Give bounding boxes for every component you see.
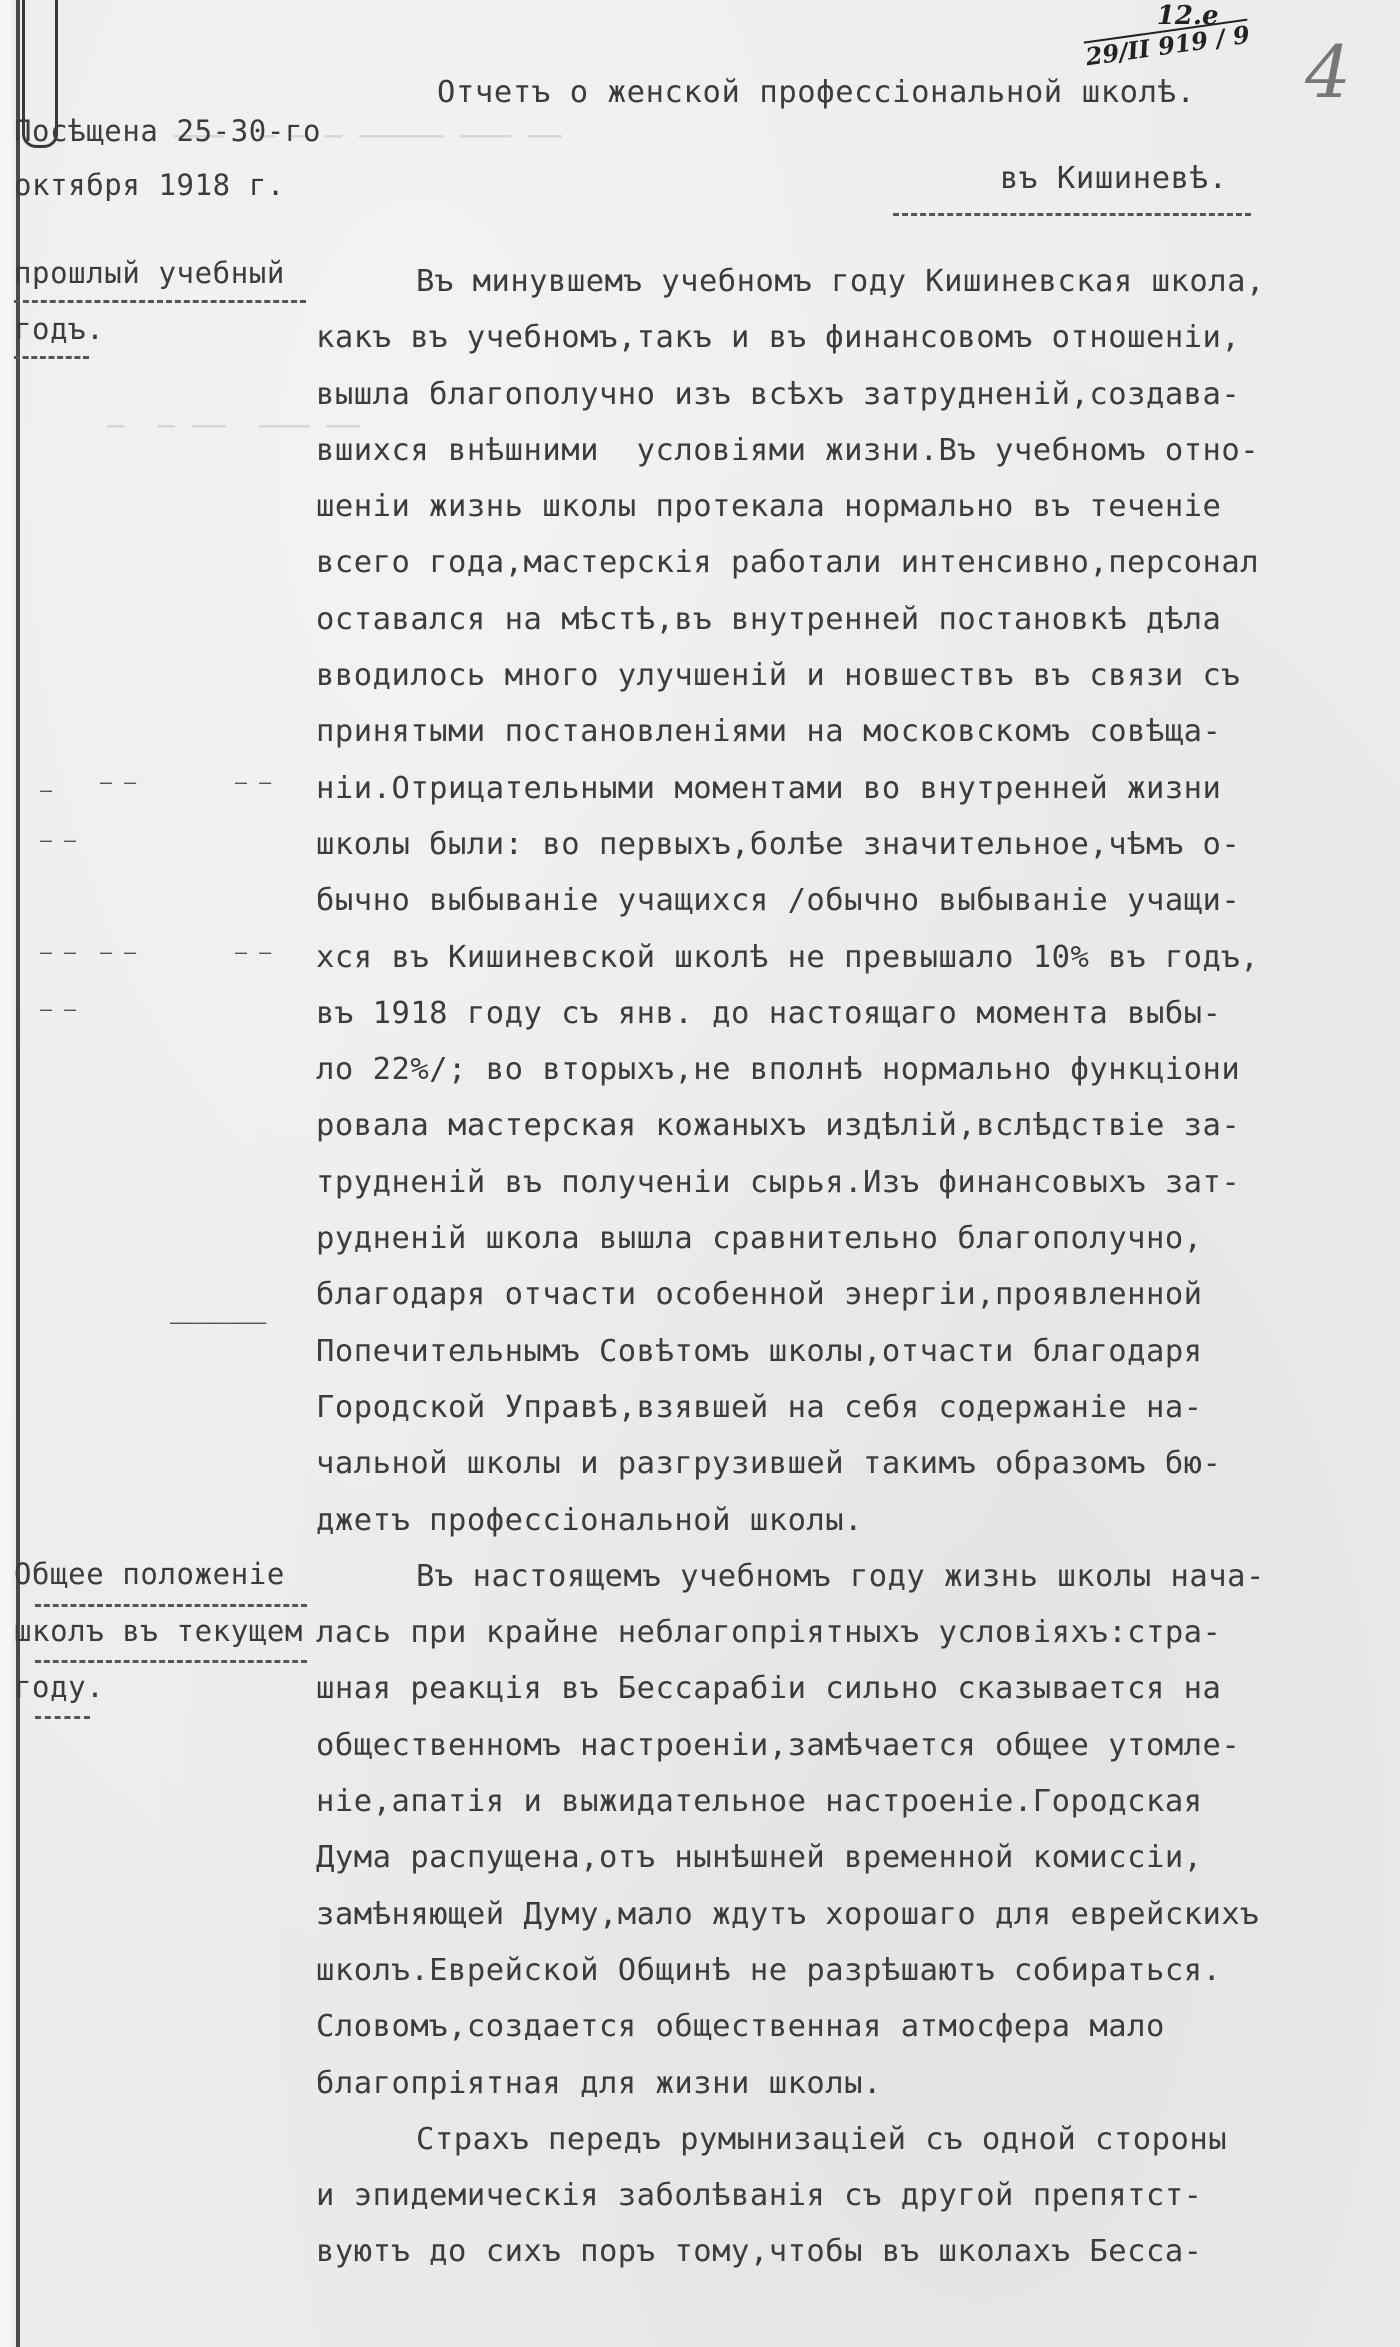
body-line: вышла благополучно изъ всѣхъ затрудненій… [316, 367, 1400, 423]
margin-dash: – – [100, 940, 136, 964]
visited-note-line-2: октября 1918 г. [14, 166, 285, 204]
body-line: оставался на мѣстѣ,въ внутренней постано… [316, 592, 1400, 648]
body-line: рудненій школа вышла сравнительно благоп… [316, 1211, 1400, 1267]
title-period: . [1177, 75, 1196, 110]
body-line: вуютъ до сихъ поръ тому,чтобы въ школахъ… [316, 2224, 1400, 2280]
margin-dash: – – [235, 770, 271, 794]
body-line: Попечительнымъ Совѣтомъ школы,отчасти бл… [316, 1324, 1400, 1380]
body-line: трудненій въ полученіи сырья.Изъ финансо… [316, 1155, 1400, 1211]
body-line: школы были: во первыхъ,болѣе значительно… [316, 817, 1400, 873]
body-line: Въ минувшемъ учебномъ году Кишиневская ш… [316, 254, 1400, 310]
archive-reference: 12.е 29/II 919 / 9 [1085, 2, 1250, 60]
margin-rule [16, 0, 20, 2347]
body-line: принятыми постановленіями на московскомъ… [316, 704, 1400, 760]
heading-underline [14, 300, 306, 303]
body-line: какъ въ учебномъ,такъ и въ финансовомъ о… [316, 310, 1400, 366]
body-line: Дума распущена,отъ нынѣшней временной ко… [316, 1830, 1400, 1886]
document-title: Отчетъ о женской профессіональной школѣ. [437, 74, 1196, 112]
body-line: чальной школы и разгрузившей такимъ обра… [316, 1436, 1400, 1492]
handwritten-page-number: 4 [1305, 30, 1351, 114]
bleed-through-text: ─ ─ ── ─── ── [40, 410, 360, 443]
visited-note-line-1: Посѣщена 25-30-го [14, 112, 321, 150]
city-underline [893, 213, 1251, 216]
body-line: шная реакція въ Бессарабіи сильно сказыв… [316, 1661, 1400, 1717]
margin-dash: –––––––– [170, 1310, 266, 1334]
margin-dash: – – [40, 828, 76, 852]
body-line: замѣняющей Думу,мало ждутъ хорошаго для … [316, 1887, 1400, 1943]
body-line: школъ.Еврейской Общинѣ не разрѣшаютъ соб… [316, 1943, 1400, 1999]
body-line: вшихся внѣшними условіями жизни.Въ учебн… [316, 423, 1400, 479]
document-page: ─── ─ ─ ─ ───── ─── ── ─ ─ ── ─── ── 12.… [0, 0, 1400, 2347]
margin-dash: – [40, 778, 52, 802]
body-line: и эпидемическія заболѣванія съ другой пр… [316, 2168, 1400, 2224]
page-edge [0, 0, 12, 2347]
body-line: всего года,мастерскія работали интенсивн… [316, 535, 1400, 591]
body-line: Городской Управѣ,взявшей на себя содержа… [316, 1380, 1400, 1436]
body-line: Въ настоящемъ учебномъ году жизнь школы … [316, 1549, 1400, 1605]
margin-dash: – – [100, 770, 136, 794]
body-line: ровала мастерская кожаныхъ издѣлій,вслѣд… [316, 1098, 1400, 1154]
body-line: шеніи жизнь школы протекала нормально въ… [316, 479, 1400, 535]
body-line: въ 1918 году съ янв. до настоящаго момен… [316, 986, 1400, 1042]
margin-dash: – – [235, 940, 271, 964]
body-line: Словомъ,создается общественная атмосфера… [316, 1999, 1400, 2055]
report-body: Въ минувшемъ учебномъ году Кишиневская ш… [316, 254, 1400, 2281]
heading-underline [35, 1716, 90, 1719]
section-2-heading-line-2: школъ въ текущем [14, 1612, 303, 1650]
section-1-heading-line-2: годъ. [14, 310, 104, 348]
heading-underline [14, 356, 89, 359]
body-line: вводилось много улучшеній и новшествъ въ… [316, 648, 1400, 704]
title-text: Отчетъ о женской профессіональной школѣ [437, 75, 1177, 110]
body-line: благодаря отчасти особенной энергіи,проя… [316, 1267, 1400, 1323]
document-city: въ Кишиневѣ. [1000, 160, 1228, 198]
body-line: хся въ Кишиневской школѣ не превышало 10… [316, 930, 1400, 986]
margin-dash: – – [40, 997, 76, 1021]
heading-underline [35, 1604, 307, 1607]
section-2-heading-line-3: году. [14, 1668, 104, 1706]
body-line: бычно выбываніе учащихся /обычно выбыван… [316, 873, 1400, 929]
body-line: благопріятная для жизни школы. [316, 2056, 1400, 2112]
heading-underline [35, 1660, 307, 1663]
body-line: джетъ профессіональной школы. [316, 1493, 1400, 1549]
section-2-heading-line-1: Общее положеніе [14, 1555, 285, 1593]
section-1-heading-line-1: прошлый учебный [14, 254, 285, 292]
body-line: ло 22%/; во вторыхъ,не вполнѣ нормально … [316, 1042, 1400, 1098]
body-line: Страхъ передъ румынизаціей съ одной стор… [316, 2112, 1400, 2168]
body-line: общественномъ настроеніи,замѣчается обще… [316, 1718, 1400, 1774]
body-line: ніи.Отрицательными моментами во внутренн… [316, 761, 1400, 817]
body-line: ніе,апатія и выжидательное настроеніе.Го… [316, 1774, 1400, 1830]
body-line: лась при крайне неблагопріятныхъ условія… [316, 1605, 1400, 1661]
margin-dash: – – [40, 940, 76, 964]
